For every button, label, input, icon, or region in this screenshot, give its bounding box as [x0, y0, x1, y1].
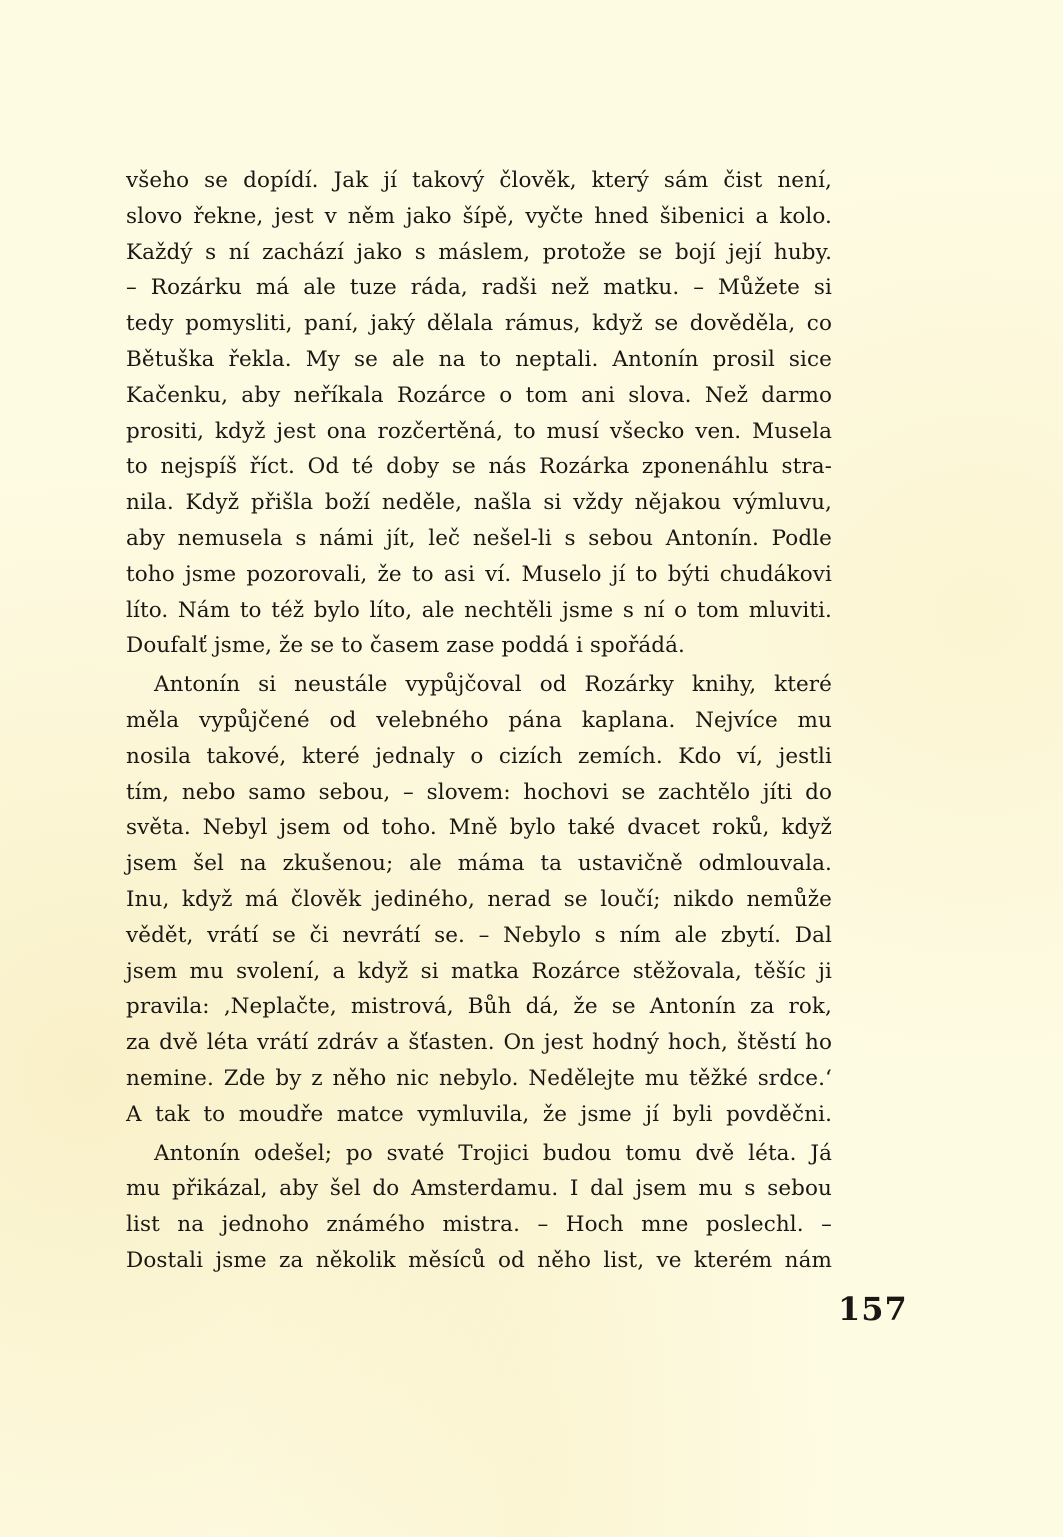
text-line: líto. Nám to též bylo líto, ale nechtěli… — [126, 593, 832, 629]
text-line: všeho se dopídí. Jak jí takový člověk, k… — [126, 163, 832, 199]
text-line: tedy pomysliti, paní, jaký dělala rámus,… — [126, 306, 832, 342]
page-number: 157 — [838, 1290, 908, 1328]
text-line: Antonín odešel; po svaté Trojici budou t… — [126, 1136, 832, 1172]
paragraph-2: Antonín si neustále vypůjčoval od Rozárk… — [126, 667, 832, 1132]
text-line: za dvě léta vrátí zdráv a šťasten. On je… — [126, 1025, 832, 1061]
text-line: vědět, vrátí se či nevrátí se. – Nebylo … — [126, 918, 832, 954]
text-line: Bětuška řekla. My se ale na to neptali. … — [126, 342, 832, 378]
text-line: Inu, když má člověk jediného, nerad se l… — [126, 882, 832, 918]
text-line: aby nemusela s námi jít, leč nešel-li s … — [126, 521, 832, 557]
paragraph-3: Antonín odešel; po svaté Trojici budou t… — [126, 1136, 832, 1279]
text-line: Dostali jsme za několik měsíců od něho l… — [126, 1243, 832, 1279]
text-line: nemine. Zde by z něho nic nebylo. Neděle… — [126, 1061, 832, 1097]
text-line: toho jsme pozorovali, že to asi ví. Muse… — [126, 557, 832, 593]
text-line: Každý s ní zachází jako s máslem, protož… — [126, 235, 832, 271]
text-line: to nejspíš říct. Od té doby se nás Rozár… — [126, 449, 832, 485]
text-line: – Rozárku má ale tuze ráda, radši než ma… — [126, 270, 832, 306]
text-line: jsem mu svolení, a když si matka Rozárce… — [126, 954, 832, 990]
text-line: Kačenku, aby neříkala Rozárce o tom ani … — [126, 378, 832, 414]
text-line: Doufalť jsme, že se to časem zase poddá … — [126, 628, 832, 664]
text-line: nosila takové, které jednaly o cizích ze… — [126, 739, 832, 775]
text-line: mu přikázal, aby šel do Amsterdamu. I da… — [126, 1171, 832, 1207]
text-line: tím, nebo samo sebou, – slovem: hochovi … — [126, 775, 832, 811]
text-line: A tak to moudře matce vymluvila, že jsme… — [126, 1097, 832, 1133]
text-line: pravila: ‚Neplačte, mistrová, Bůh dá, že… — [126, 989, 832, 1025]
book-page: všeho se dopídí. Jak jí takový člověk, k… — [0, 0, 1063, 1537]
body-text: všeho se dopídí. Jak jí takový člověk, k… — [126, 163, 832, 1279]
text-line: světa. Nebyl jsem od toho. Mně bylo také… — [126, 810, 832, 846]
text-line: list na jednoho známého mistra. – Hoch m… — [126, 1207, 832, 1243]
text-line: nila. Když přišla boží neděle, našla si … — [126, 485, 832, 521]
text-line: Antonín si neustále vypůjčoval od Rozárk… — [126, 667, 832, 703]
text-line: měla vypůjčené od velebného pána kaplana… — [126, 703, 832, 739]
text-line: jsem šel na zkušenou; ale máma ta ustavi… — [126, 846, 832, 882]
text-line: slovo řekne, jest v něm jako šípě, vyčte… — [126, 199, 832, 235]
text-line: prositi, když jest ona rozčertěná, to mu… — [126, 414, 832, 450]
paragraph-1: všeho se dopídí. Jak jí takový člověk, k… — [126, 163, 832, 664]
